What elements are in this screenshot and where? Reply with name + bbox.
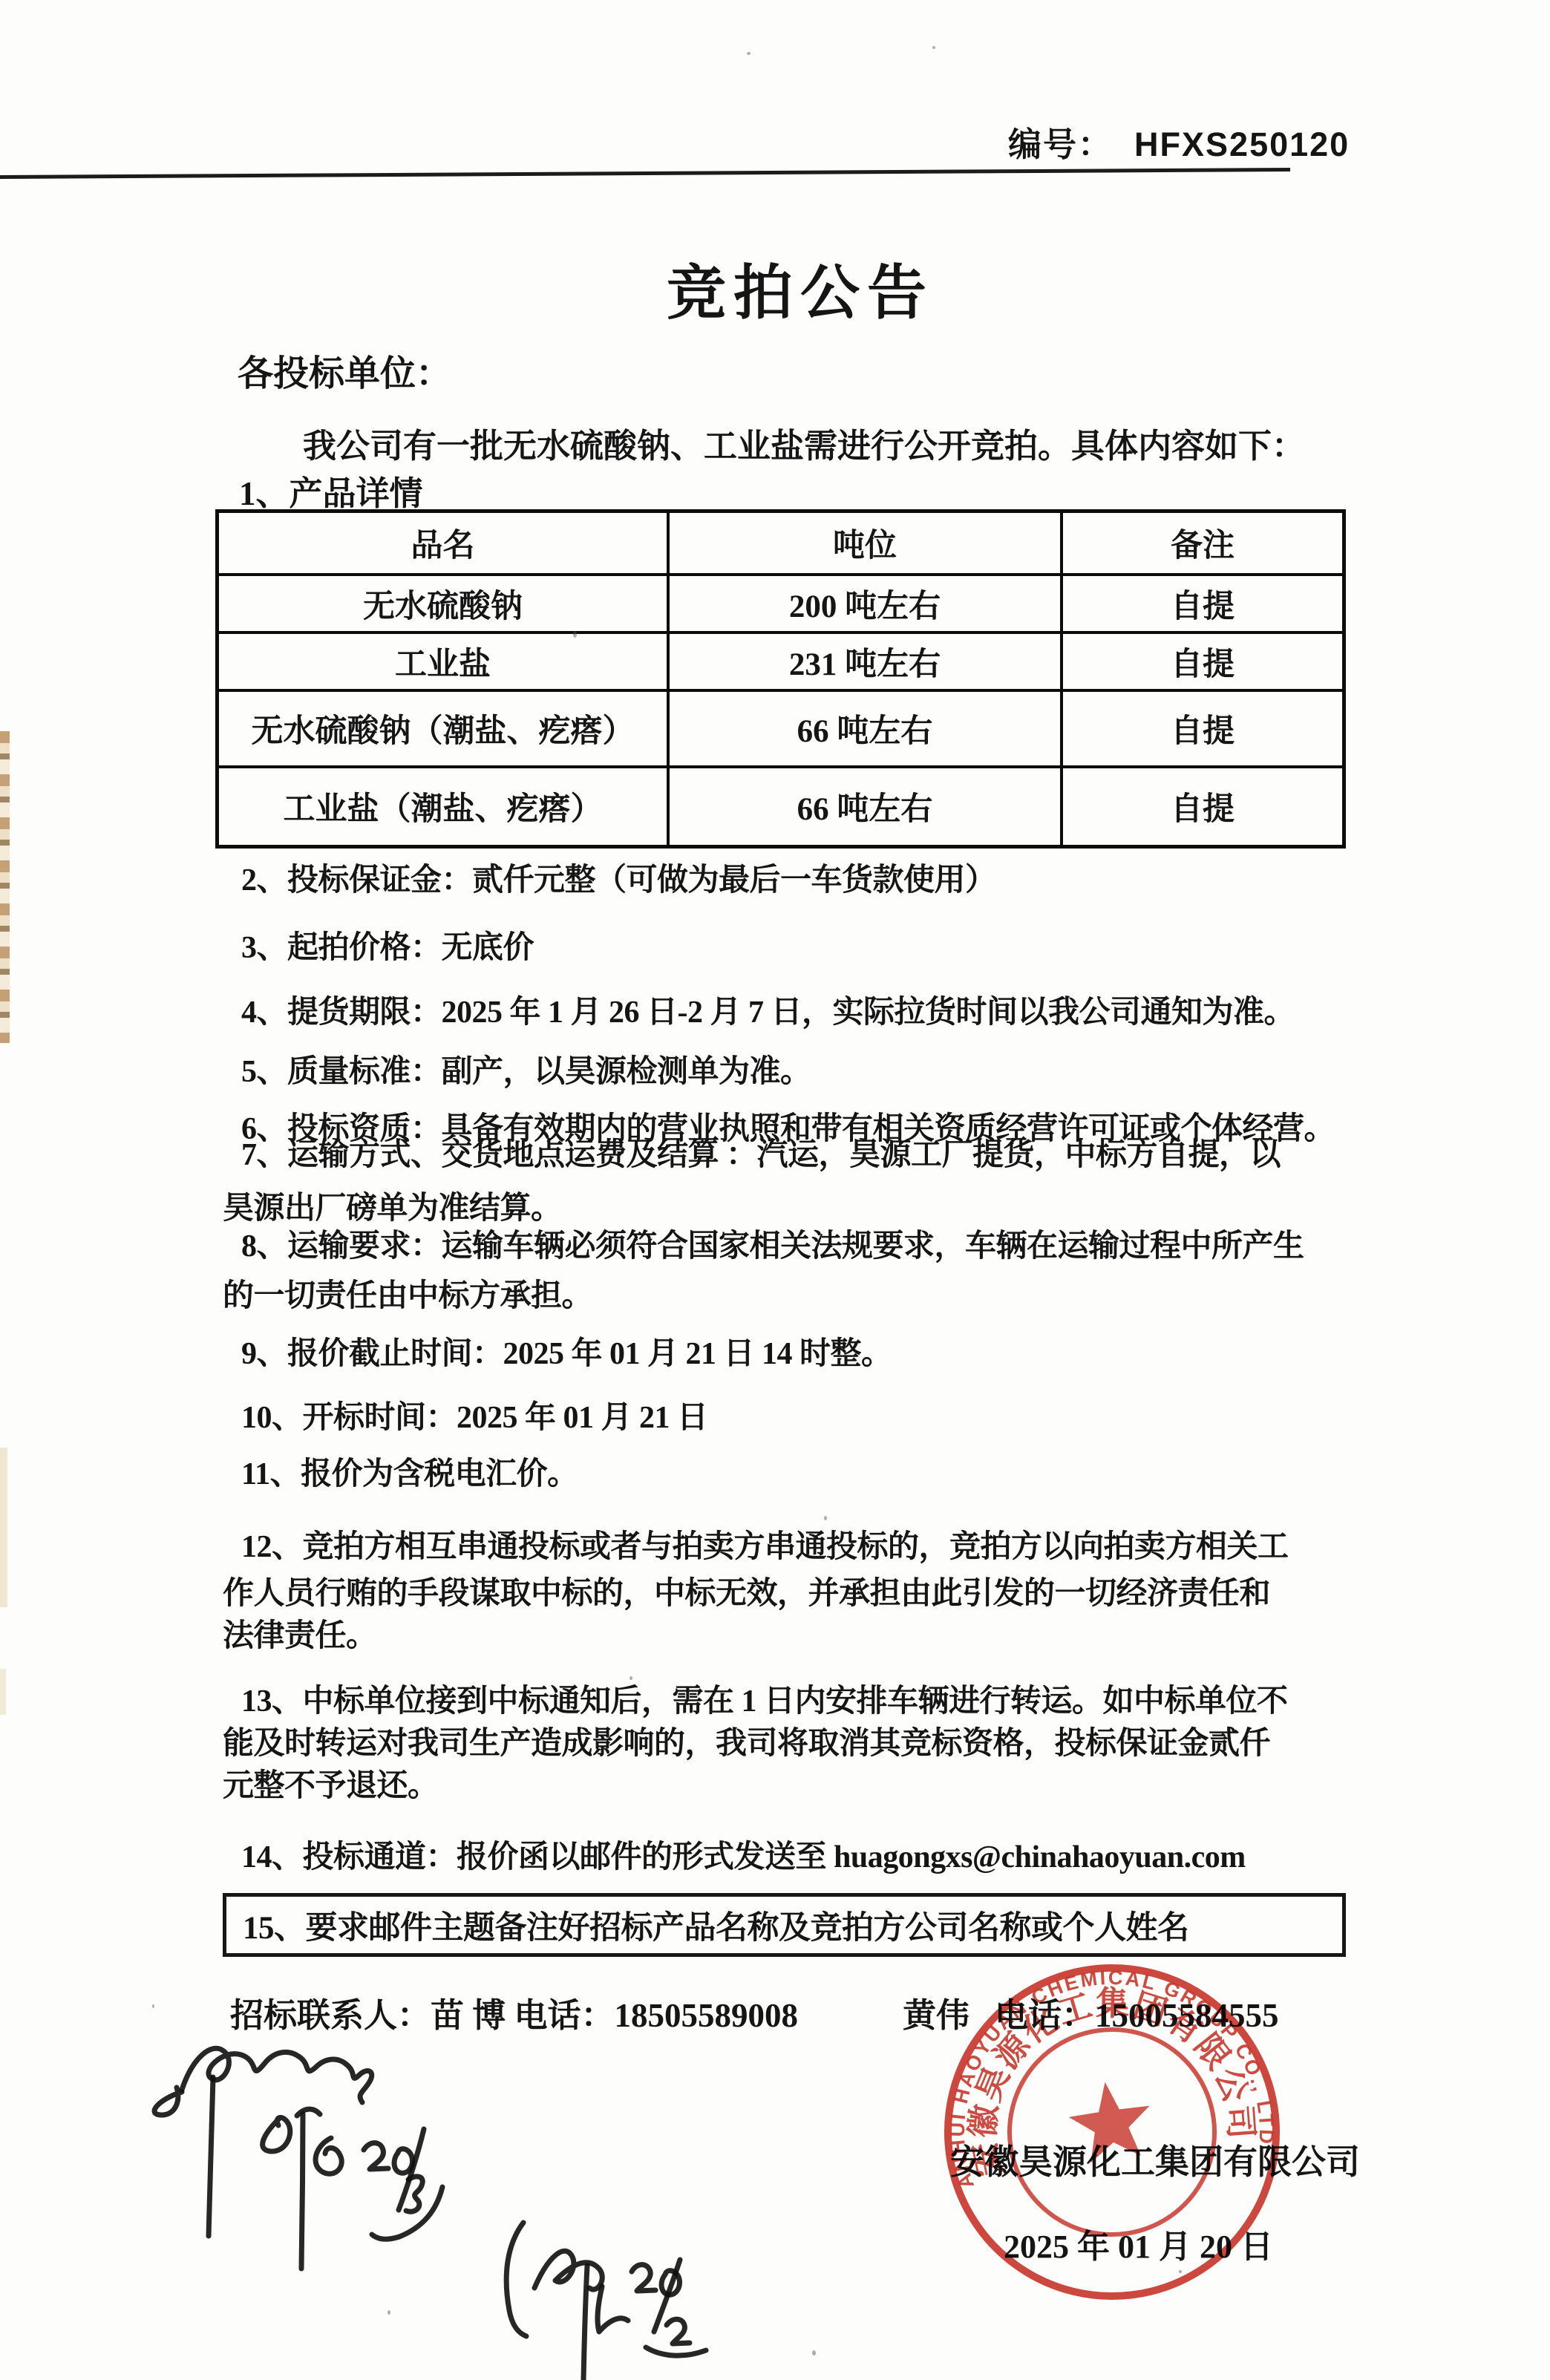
table-cell-product: 工业盐（潮盐、疙瘩） — [219, 768, 670, 845]
dust-speck — [152, 2004, 154, 2008]
dust-speck — [932, 46, 935, 49]
salutation: 各投标单位： — [238, 344, 451, 396]
section-heading-products: 1、产品详情 — [239, 466, 423, 514]
doc-ref-label: 编号： — [1008, 125, 1113, 163]
item-13-transfer-line1: 13、中标单位接到中标通知后，需在 1 日内安排车辆进行转运。如中标单位不 — [241, 1676, 1288, 1721]
item-7-transport-line1: 7、运输方式、交货地点运费及结算 ：汽运，昊源工厂提货，中标方自提，以 — [241, 1130, 1281, 1174]
table-cell-remark: 自提 — [1063, 692, 1342, 768]
table-cell-remark: 自提 — [1063, 576, 1342, 634]
intro-paragraph: 我公司有一批无水硫酸钠、工业盐需进行公开竞拍。具体内容如下： — [303, 419, 1305, 467]
item-15-subject-note: 15、要求邮件主题备注好招标产品名称及竞拍方公司名称或个人姓名 — [226, 1903, 1189, 1948]
dust-speck — [747, 52, 751, 55]
doc-ref-number: 编号： HFXS250120 — [1008, 117, 1350, 166]
page-title: 竞拍公告 — [667, 245, 934, 330]
table-cell-product: 无水硫酸钠（潮盐、疙瘩） — [219, 692, 670, 768]
doc-ref-value: HFXS250120 — [1134, 125, 1350, 163]
table-cell-tonnage: 66 吨左右 — [670, 692, 1063, 768]
seal-star-icon — [1065, 2076, 1157, 2165]
table-cell-product: 无水硫酸钠 — [219, 576, 670, 634]
dust-speck — [824, 1516, 827, 1520]
handwritten-signature-bottom — [460, 2197, 772, 2380]
item-4-pickup-period: 4、提货期限：2025 年 1 月 26 日-2 月 7 日，实际拉货时间以我公… — [241, 987, 1295, 1032]
products-table: 品名 吨位 备注 无水硫酸钠 200 吨左右 自提 工业盐 231 吨左右 自提… — [215, 509, 1346, 849]
item-2-deposit: 2、投标保证金：贰仟元整（可做为最后一车货款使用） — [241, 855, 996, 900]
scan-edge-artifact — [0, 731, 10, 1043]
item-14-bid-channel: 14、投标通道：报价函以邮件的形式发送至 huagongxs@chinahaoy… — [241, 1832, 1246, 1877]
dust-speck — [1179, 2270, 1182, 2273]
item-8-vehicle-line1: 8、运输要求：运输车辆必须符合国家相关法规要求，车辆在运输过程中所产生 — [241, 1221, 1304, 1266]
table-cell-tonnage: 231 吨左右 — [670, 634, 1063, 692]
item-10-open-date: 10、开标时间：2025 年 01 月 21 日 — [241, 1393, 708, 1437]
dust-speck — [387, 2310, 390, 2315]
dust-speck — [812, 2350, 816, 2356]
table-cell-product: 工业盐 — [219, 634, 670, 692]
item-13-transfer-line2: 能及时转运对我司生产造成影响的，我司将取消其竞标资格，投标保证金贰仟 — [223, 1719, 1270, 1763]
table-header-tonnage: 吨位 — [670, 513, 1063, 576]
table-cell-remark: 自提 — [1063, 634, 1342, 692]
table-header-name: 品名 — [219, 513, 670, 576]
header-divider-line — [0, 168, 1290, 179]
scan-edge-artifact — [0, 1448, 7, 1607]
dust-speck — [573, 631, 577, 638]
table-cell-tonnage: 200 吨左右 — [670, 576, 1063, 634]
item-9-quote-deadline: 9、报价截止时间：2025 年 01 月 21 日 14 时整。 — [241, 1329, 892, 1373]
table-cell-tonnage: 66 吨左右 — [670, 768, 1063, 845]
item-3-start-price: 3、起拍价格：无底价 — [241, 923, 534, 967]
item-12-collusion-line3: 法律责任。 — [223, 1611, 377, 1655]
scan-edge-artifact — [0, 1669, 6, 1715]
item-11-tax-price: 11、报价为含税电汇价。 — [241, 1449, 578, 1494]
table-header-remark: 备注 — [1063, 513, 1342, 576]
item-12-collusion-line1: 12、竞拍方相互串通投标或者与拍卖方串通投标的，竞拍方以向拍卖方相关工 — [241, 1522, 1289, 1566]
dust-speck — [630, 1676, 632, 1680]
item-8-vehicle-line2: 的一切责任由中标方承担。 — [223, 1271, 592, 1315]
company-seal: ANHUI HAOYUAN CHEMICAL GROUP CO., LTD 安徽… — [894, 1914, 1330, 2350]
item-5-quality: 5、质量标准：副产，以昊源检测单为准。 — [241, 1047, 811, 1091]
item-13-transfer-line3: 元整不予退还。 — [223, 1761, 439, 1805]
item-12-collusion-line2: 作人员行贿的手段谋取中标的，中标无效，并承担由此引发的一切经济责任和 — [223, 1569, 1270, 1613]
table-cell-remark: 自提 — [1063, 768, 1342, 845]
